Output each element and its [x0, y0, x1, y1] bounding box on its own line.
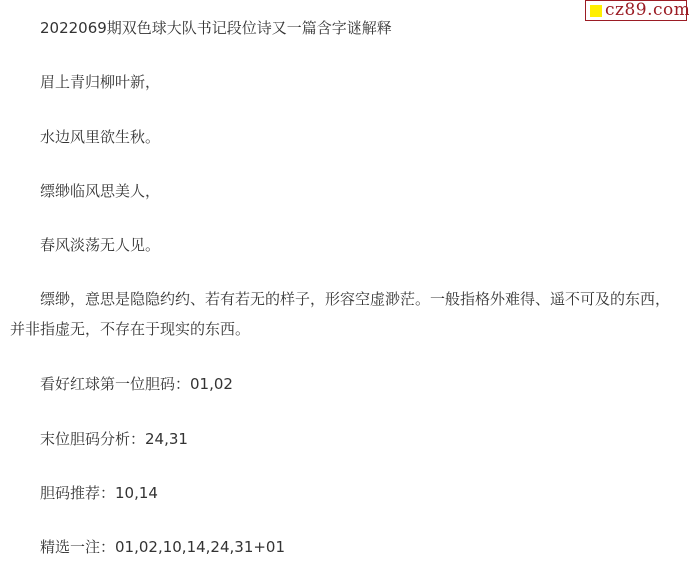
watermark-square-icon: [590, 5, 602, 17]
pick-selected-ticket: 精选一注：01,02,10,14,24,31+01: [40, 537, 285, 557]
pick-first-position: 看好红球第一位胆码：01,02: [40, 374, 233, 394]
poem-line-4: 春风淡荡无人见。: [40, 235, 160, 255]
poem-line-1: 眉上青归柳叶新，: [40, 72, 160, 92]
article-title: 2022069期双色球大队书记段位诗又一篇含字谜解释: [40, 18, 392, 38]
site-watermark: cz89.com: [585, 0, 687, 21]
pick-recommended: 胆码推荐：10,14: [40, 483, 158, 503]
explanation-paragraph: 缥缈，意思是隐隐约约、若有若无的样子，形容空虚渺茫。一般指格外难得、遥不可及的东…: [10, 284, 678, 344]
watermark-text: cz89.com: [605, 1, 689, 20]
poem-line-2: 水边风里欲生秋。: [40, 127, 160, 147]
poem-line-3: 缥缈临风思美人，: [40, 181, 160, 201]
pick-last-position: 末位胆码分析：24,31: [40, 429, 188, 449]
